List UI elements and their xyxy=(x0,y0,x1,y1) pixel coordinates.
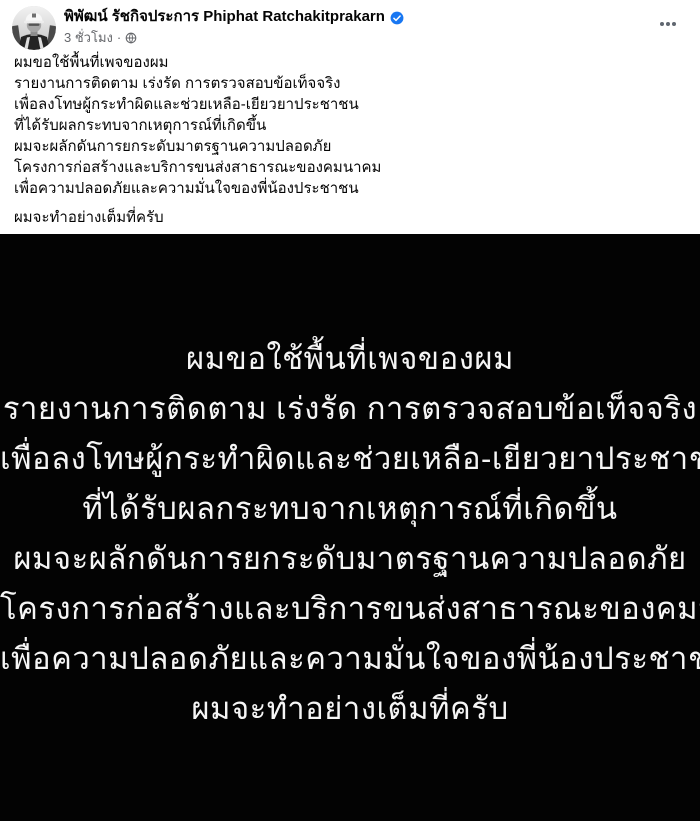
body-line: เพื่อความปลอดภัยและความมั่นใจของพี่น้องป… xyxy=(14,178,684,199)
avatar-image xyxy=(12,6,56,50)
verified-badge-icon xyxy=(390,11,404,25)
author-name-row: พิพัฒน์ รัชกิจประการ Phiphat Ratchakitpr… xyxy=(64,7,404,27)
ellipsis-icon xyxy=(658,14,678,34)
paragraph-gap xyxy=(14,199,684,207)
post-image-text: ผมขอใช้พื้นที่เพจของผม รายงานการติดตาม เ… xyxy=(0,234,700,734)
body-line: ผมจะทำอย่างเต็มที่ครับ xyxy=(14,207,684,228)
body-line: ผมจะผลักดันการยกระดับมาตรฐานความปลอดภัย xyxy=(14,136,684,157)
avatar[interactable] xyxy=(12,6,56,50)
image-text-line: ผมขอใช้พื้นที่เพจของผม xyxy=(0,334,700,384)
body-line: โครงการก่อสร้างและบริการขนส่งสาธารณะของค… xyxy=(14,157,684,178)
image-text-line: รายงานการติดตาม เร่งรัด การตรวจสอบข้อเท็… xyxy=(0,384,700,434)
image-text-line: ผมจะทำอย่างเต็มที่ครับ xyxy=(0,684,700,734)
globe-icon xyxy=(125,32,137,44)
image-text-line: เพื่อลงโทษผู้กระทำผิดและช่วยเหลือ-เยียวย… xyxy=(0,434,700,484)
image-text-line: เพื่อความปลอดภัยและความมั่นใจของพี่น้องป… xyxy=(0,634,700,684)
meta-separator: · xyxy=(117,29,121,46)
post-body: ผมขอใช้พื้นที่เพจของผม รายงานการติดตาม เ… xyxy=(0,50,700,228)
image-text-line: โครงการก่อสร้างและบริการขนส่งสาธารณะของค… xyxy=(0,584,700,634)
body-line: ผมขอใช้พื้นที่เพจของผม xyxy=(14,52,684,73)
header-text: พิพัฒน์ รัชกิจประการ Phiphat Ratchakitpr… xyxy=(64,6,404,46)
body-line: รายงานการติดตาม เร่งรัด การตรวจสอบข้อเท็… xyxy=(14,73,684,94)
post-header: พิพัฒน์ รัชกิจประการ Phiphat Ratchakitpr… xyxy=(0,0,700,50)
post-menu-button[interactable] xyxy=(652,8,684,40)
body-line: เพื่อลงโทษผู้กระทำผิดและช่วยเหลือ-เยียวย… xyxy=(14,94,684,115)
post-image[interactable]: ผมขอใช้พื้นที่เพจของผม รายงานการติดตาม เ… xyxy=(0,234,700,821)
author-name[interactable]: พิพัฒน์ รัชกิจประการ Phiphat Ratchakitpr… xyxy=(64,7,385,27)
image-text-line: ผมจะผลักดันการยกระดับมาตรฐานความปลอดภัย xyxy=(0,534,700,584)
post-meta: 3 ชั่วโมง · xyxy=(64,29,404,46)
body-line: ที่ได้รับผลกระทบจากเหตุการณ์ที่เกิดขึ้น xyxy=(14,115,684,136)
image-text-line: ที่ได้รับผลกระทบจากเหตุการณ์ที่เกิดขึ้น xyxy=(0,484,700,534)
facebook-post: พิพัฒน์ รัชกิจประการ Phiphat Ratchakitpr… xyxy=(0,0,700,821)
timestamp-link[interactable]: 3 ชั่วโมง xyxy=(64,29,113,46)
